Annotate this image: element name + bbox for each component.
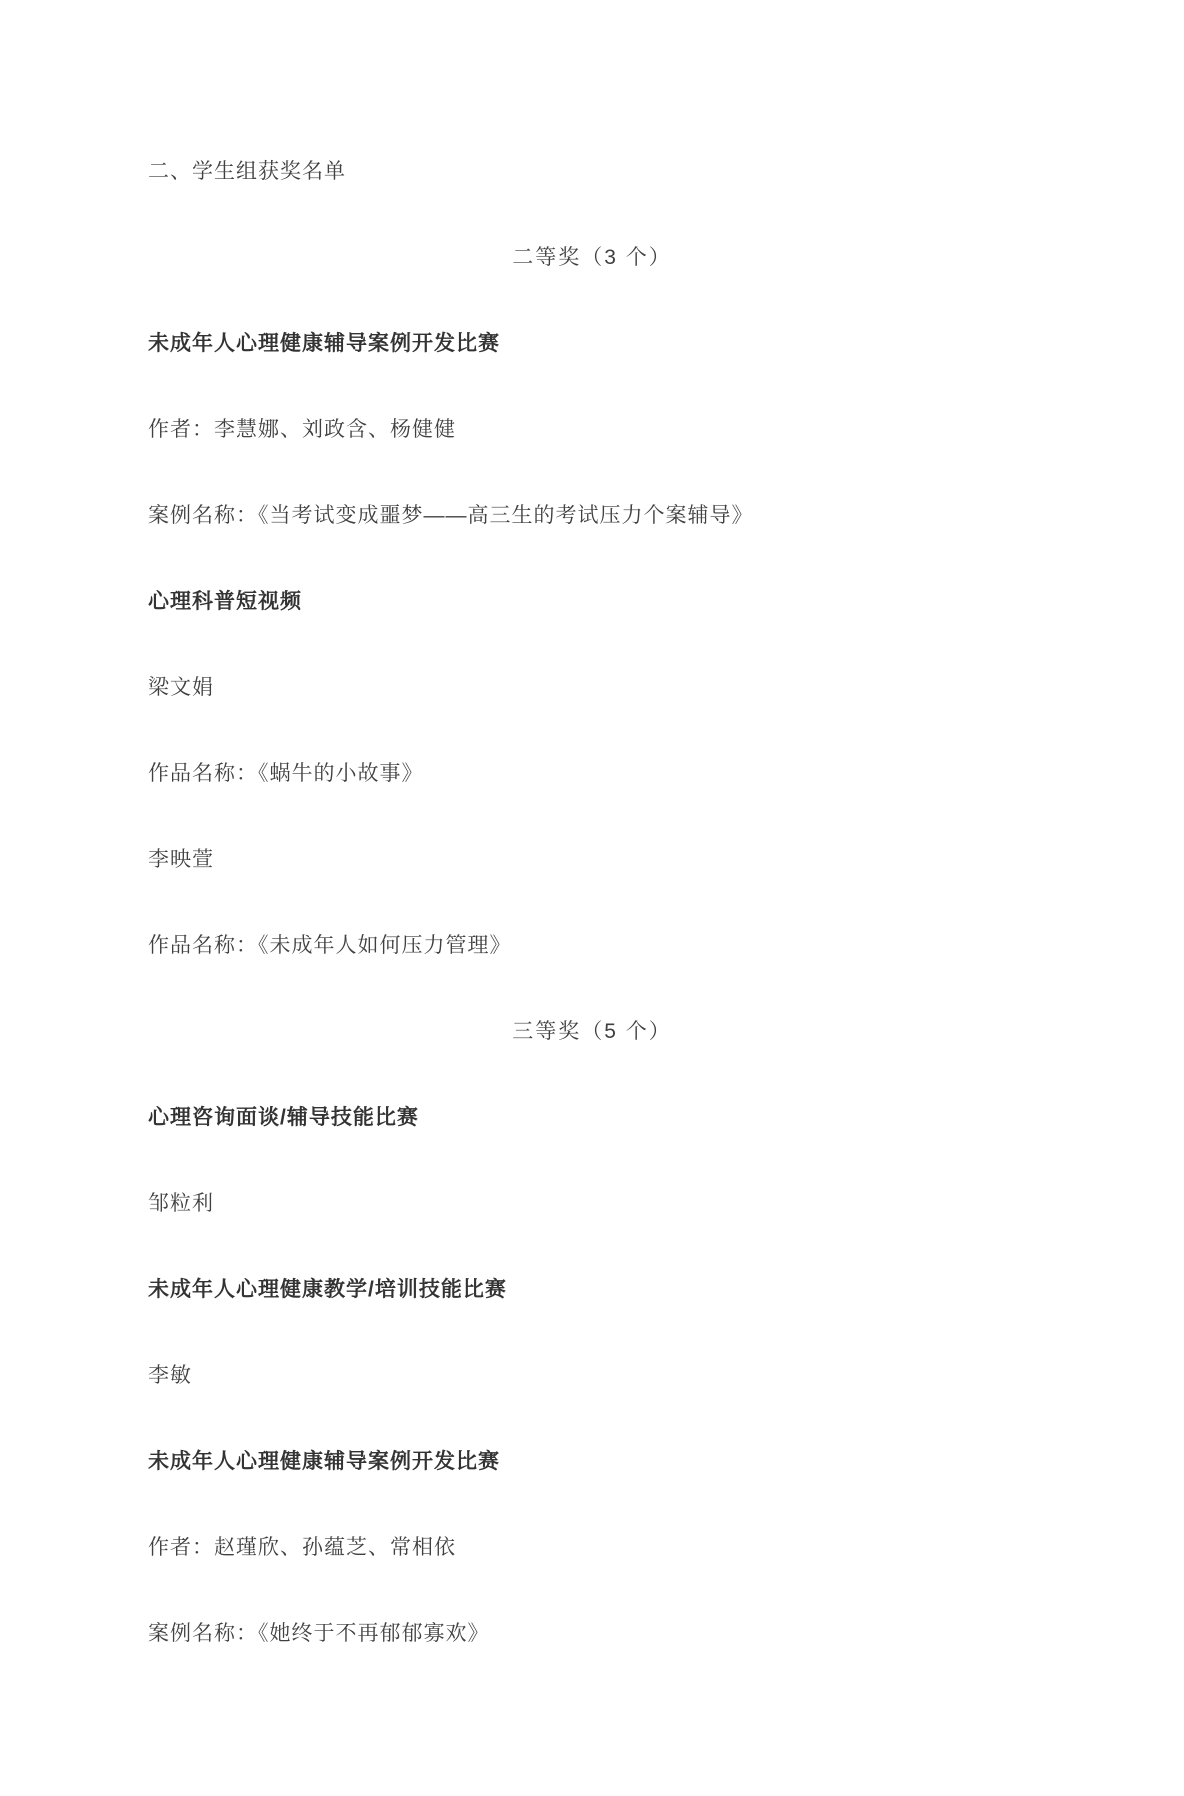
work-name-line-1: 作品名称：《蜗牛的小故事》 <box>148 758 1036 790</box>
work-name-line-2: 作品名称：《未成年人如何压力管理》 <box>148 930 1036 962</box>
competition-title-5: 未成年人心理健康辅导案例开发比赛 <box>148 1446 1036 1478</box>
winner-name-4: 李敏 <box>148 1360 1036 1392</box>
document-page: 二、学生组获奖名单 二等奖（3 个） 未成年人心理健康辅导案例开发比赛 作者：李… <box>0 0 1184 1796</box>
winner-name-2: 李映萱 <box>148 844 1036 876</box>
winner-name-3: 邹粒利 <box>148 1188 1036 1220</box>
competition-title-1: 未成年人心理健康辅导案例开发比赛 <box>148 328 1036 360</box>
competition-title-2: 心理科普短视频 <box>148 586 1036 618</box>
case-name-line-2: 案例名称：《她终于不再郁郁寡欢》 <box>148 1618 1036 1650</box>
award-tier-second-prize: 二等奖（3 个） <box>148 242 1036 274</box>
competition-title-4: 未成年人心理健康教学/培训技能比赛 <box>148 1274 1036 1306</box>
authors-line-1: 作者：李慧娜、刘政含、杨健健 <box>148 414 1036 446</box>
case-name-line-1: 案例名称：《当考试变成噩梦——高三生的考试压力个案辅导》 <box>148 500 1036 532</box>
authors-line-2: 作者：赵瑾欣、孙蕴芝、常相依 <box>148 1532 1036 1564</box>
competition-title-3: 心理咨询面谈/辅导技能比赛 <box>148 1102 1036 1134</box>
award-tier-third-prize: 三等奖（5 个） <box>148 1016 1036 1048</box>
section-title: 二、学生组获奖名单 <box>148 156 1036 188</box>
winner-name-1: 梁文娟 <box>148 672 1036 704</box>
